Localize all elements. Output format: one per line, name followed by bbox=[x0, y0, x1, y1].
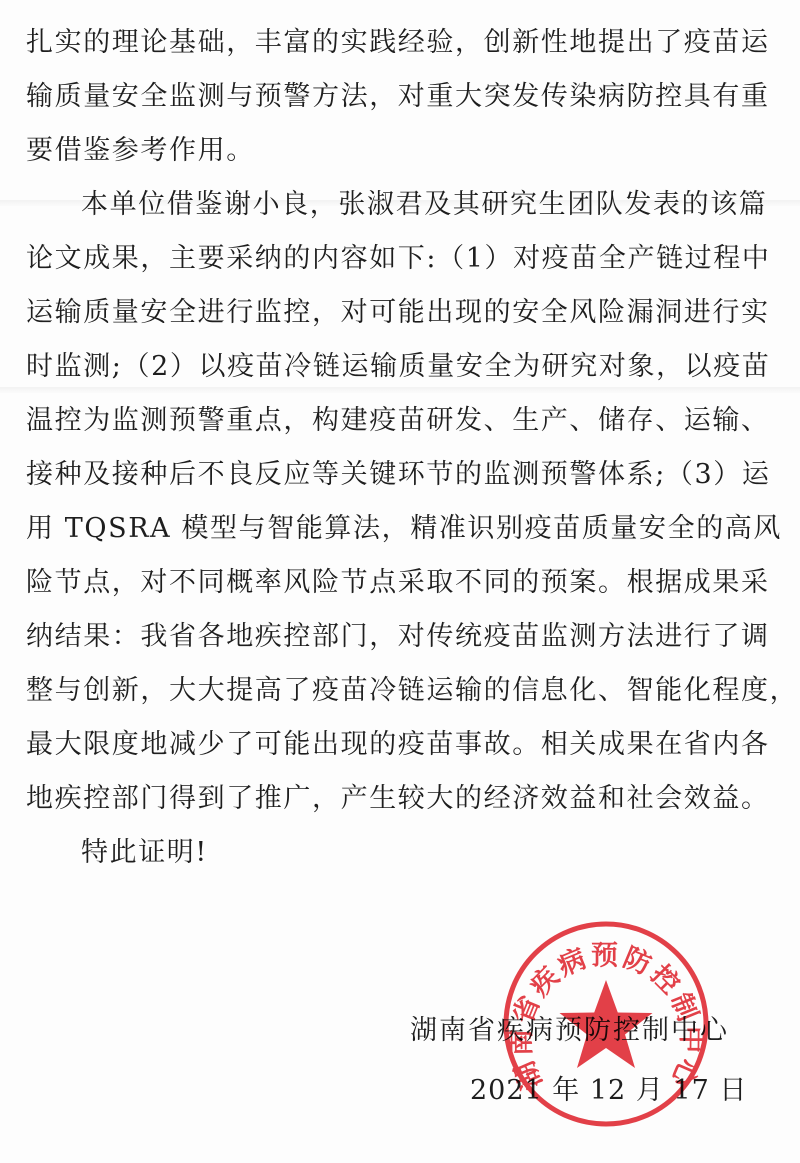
text-line: 扎实的理论基础，丰富的实践经验，创新性地提出了疫苗运 bbox=[26, 16, 786, 70]
text-line: 接种及接种后不良反应等关键环节的监测预警体系;（3）运 bbox=[26, 448, 786, 502]
closing-statement: 特此证明! bbox=[26, 826, 786, 880]
text-line: 险节点，对不同概率风险节点采取不同的预案。根据成果采 bbox=[26, 556, 786, 610]
text-line: 时监测;（2）以疫苗冷链运输质量安全为研究对象，以疫苗 bbox=[26, 340, 786, 394]
star-icon bbox=[560, 980, 653, 1068]
text-line: 温控为监测预警重点，构建疫苗研发、生产、储存、运输、 bbox=[26, 394, 786, 448]
text-line: 地疾控部门得到了推广，产生较大的经济效益和社会效益。 bbox=[26, 772, 786, 826]
text-line: 最大限度地减少了可能出现的疫苗事故。相关成果在省内各 bbox=[26, 718, 786, 772]
text-line: 整与创新，大大提高了疫苗冷链运输的信息化、智能化程度， bbox=[26, 664, 786, 718]
text-line: 纳结果：我省各地疾控部门，对传统疫苗监测方法进行了调 bbox=[26, 610, 786, 664]
text-line: 要借鉴参考作用。 bbox=[26, 124, 786, 178]
text-line: 论文成果，主要采纳的内容如下:（1）对疫苗全产链过程中 bbox=[26, 232, 786, 286]
text-line: 本单位借鉴谢小良，张淑君及其研究生团队发表的该篇 bbox=[26, 178, 786, 232]
official-seal: 湖南省疾病预防控制中心 bbox=[500, 918, 712, 1130]
text-line: 用 TQSRA 模型与智能算法，精准识别疫苗质量安全的高风 bbox=[26, 502, 786, 556]
text-line: 输质量安全监测与预警方法，对重大突发传染病防控具有重 bbox=[26, 70, 786, 124]
document-page: 扎实的理论基础，丰富的实践经验，创新性地提出了疫苗运 输质量安全监测与预警方法，… bbox=[0, 0, 800, 1163]
document-body: 扎实的理论基础，丰富的实践经验，创新性地提出了疫苗运 输质量安全监测与预警方法，… bbox=[26, 16, 786, 880]
text-line: 运输质量安全进行监控，对可能出现的安全风险漏洞进行实 bbox=[26, 286, 786, 340]
